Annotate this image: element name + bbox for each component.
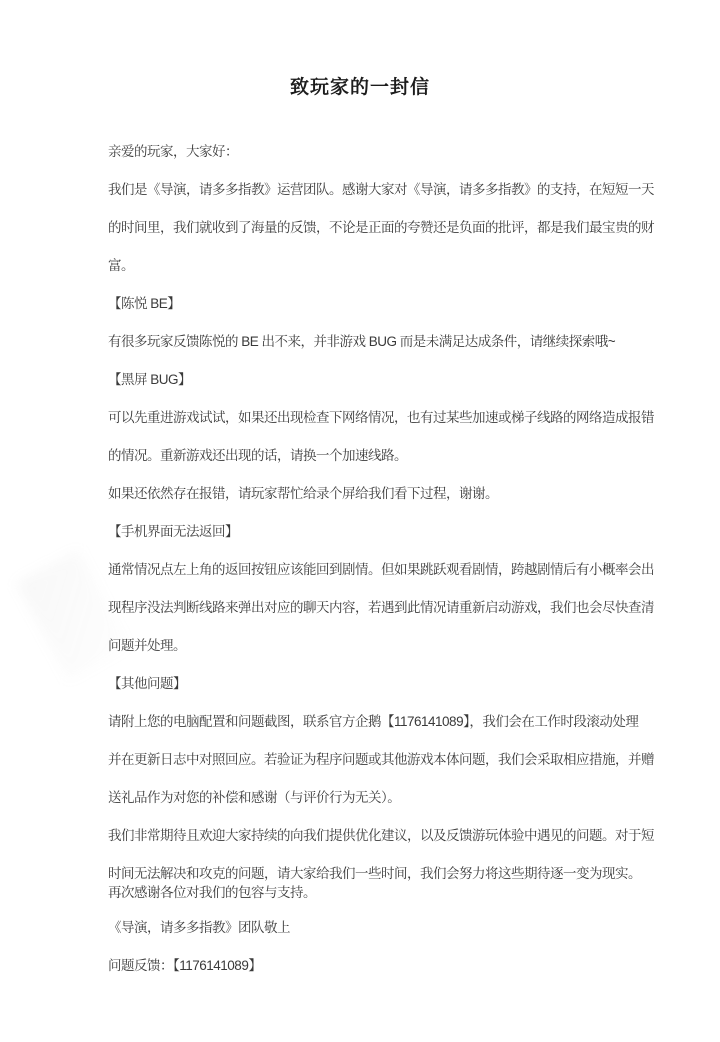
paragraph-intro-line-3: 富。: [108, 247, 668, 285]
paragraph-other-issues-line-2: 并在更新日志中对照回应。若验证为程序问题或其他游戏本体问题，我们会采取相应措施，…: [108, 741, 668, 779]
paragraph-other-issues-line-3: 送礼品作为对您的补偿和感谢（与评价行为无关）。: [108, 779, 668, 817]
letter-greeting: 亲爱的玩家，大家好：: [108, 133, 668, 171]
paragraph-other-issues-line-1: 请附上您的电脑配置和问题截图，联系官方企鹅【1176141089】，我们会在工作…: [108, 703, 668, 741]
page-title: 致玩家的一封信: [0, 76, 720, 100]
paragraph-mobile-back-line-2: 现程序没法判断线路来弹出对应的聊天内容，若遇到此情况请重新启动游戏，我们也会尽快…: [108, 589, 668, 627]
section-heading-other-issues: 【其他问题】: [108, 665, 668, 703]
paragraph-blackscreen-followup: 如果还依然存在报错，请玩家帮忙给录个屏给我们看下过程，谢谢。: [108, 475, 668, 513]
section-heading-blackscreen-bug: 【黑屏 BUG】: [108, 361, 668, 399]
letter-body: 亲爱的玩家，大家好： 我们是《导演，请多多指教》运营团队。感谢大家对《导演，请多…: [108, 133, 668, 985]
paragraph-blackscreen-line-1: 可以先重进游戏试试，如果还出现检查下网络情况，也有过某些加速或梯子线路的网络造成…: [108, 399, 668, 437]
paragraph-blackscreen-line-2: 的情况。重新游戏还出现的话，请换一个加速线路。: [108, 437, 668, 475]
paragraph-intro-line-2: 的时间里，我们就收到了海量的反馈，不论是正面的夸赞还是负面的批评，都是我们最宝贵…: [108, 209, 668, 247]
letter-signoff: 《导演，请多多指教》团队敬上: [108, 909, 668, 947]
feedback-contact: 问题反馈：【1176141089】: [108, 947, 668, 985]
paragraph-closing-line-1: 我们非常期待且欢迎大家持续的向我们提供优化建议，以及反馈游玩体验中遇见的问题。对…: [108, 817, 668, 855]
paragraph-mobile-back-line-3: 问题并处理。: [108, 627, 668, 665]
section-heading-chenyue-be: 【陈悦 BE】: [108, 285, 668, 323]
paragraph-mobile-back-line-1: 通常情况点左上角的返回按钮应该能回到剧情。但如果跳跃观看剧情，跨越剧情后有小概率…: [108, 551, 668, 589]
paragraph-chenyue-be: 有很多玩家反馈陈悦的 BE 出不来，并非游戏 BUG 而是未满足达成条件，请继续…: [108, 323, 668, 361]
paragraph-intro-line-1: 我们是《导演，请多多指教》运营团队。感谢大家对《导演，请多多指教》的支持，在短短…: [108, 171, 668, 209]
letter-page: 致玩家的一封信 亲爱的玩家，大家好： 我们是《导演，请多多指教》运营团队。感谢大…: [0, 0, 720, 1042]
section-heading-mobile-back: 【手机界面无法返回】: [108, 513, 668, 551]
